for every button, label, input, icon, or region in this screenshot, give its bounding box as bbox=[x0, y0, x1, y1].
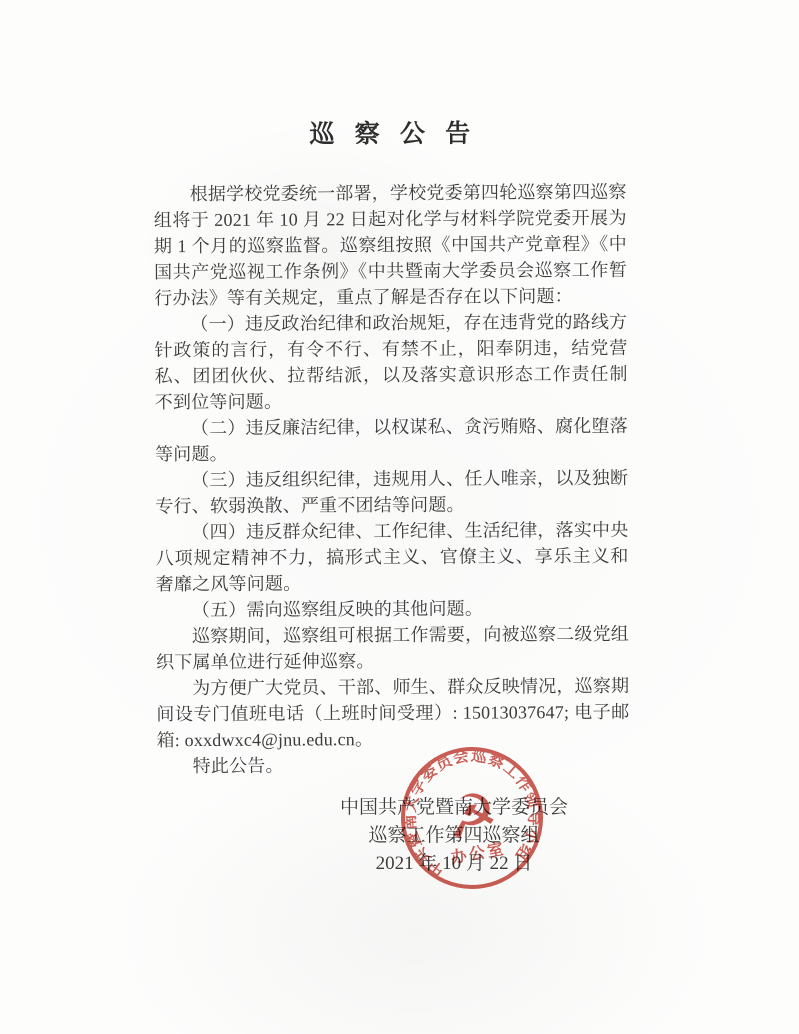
signature-org-line2: 巡察工作第四巡察组 bbox=[278, 822, 630, 850]
signature-block: 中国共产党暨南大学委员会 巡察工作第四巡察组 2021 年 10 月 22 日 bbox=[278, 794, 630, 878]
document-content: 巡 察 公 告 根据学校党委统一部署，学校党委第四轮巡察第四巡察组将于 2021… bbox=[153, 113, 629, 779]
paragraph-item-3: （三）违反组织纪律，违规用人、任人唯亲，以及独断专行、软弱涣散、严重不团结等问题… bbox=[155, 465, 628, 519]
paragraph-closing: 特此公告。 bbox=[157, 751, 630, 779]
document-body: 根据学校党委统一部署，学校党委第四轮巡察第四巡察组将于 2021 年 10 月 … bbox=[154, 179, 630, 779]
paragraph-item-5: （五）需向巡察组反映的其他问题。 bbox=[156, 595, 629, 623]
paragraph-item-4: （四）违反群众纪律、工作纪律、生活纪律，落实中央八项规定精神不力，搞形式主义、官… bbox=[155, 517, 628, 597]
paragraph-extension: 巡察期间，巡察组可根据工作需要，向被巡察二级党组织下属单位进行延伸巡察。 bbox=[156, 621, 629, 675]
signature-date: 2021 年 10 月 22 日 bbox=[278, 850, 630, 878]
paragraph-intro: 根据学校党委统一部署，学校党委第四轮巡察第四巡察组将于 2021 年 10 月 … bbox=[154, 179, 628, 311]
paragraph-contact: 为方便广大党员、干部、师生、群众反映情况，巡察期间设专门值班电话（上班时间受理）… bbox=[156, 673, 629, 753]
signature-org-line1: 中国共产党暨南大学委员会 bbox=[278, 794, 630, 822]
scanned-page: 巡 察 公 告 根据学校党委统一部署，学校党委第四轮巡察第四巡察组将于 2021… bbox=[0, 0, 799, 1034]
paragraph-item-2: （二）违反廉洁纪律，以权谋私、贪污贿赂、腐化堕落等问题。 bbox=[155, 413, 628, 467]
paragraph-item-1: （一）违反政治纪律和政治规矩，存在违背党的路线方针政策的言行，有令不行、有禁不止… bbox=[154, 309, 628, 415]
document-title: 巡 察 公 告 bbox=[153, 113, 626, 151]
